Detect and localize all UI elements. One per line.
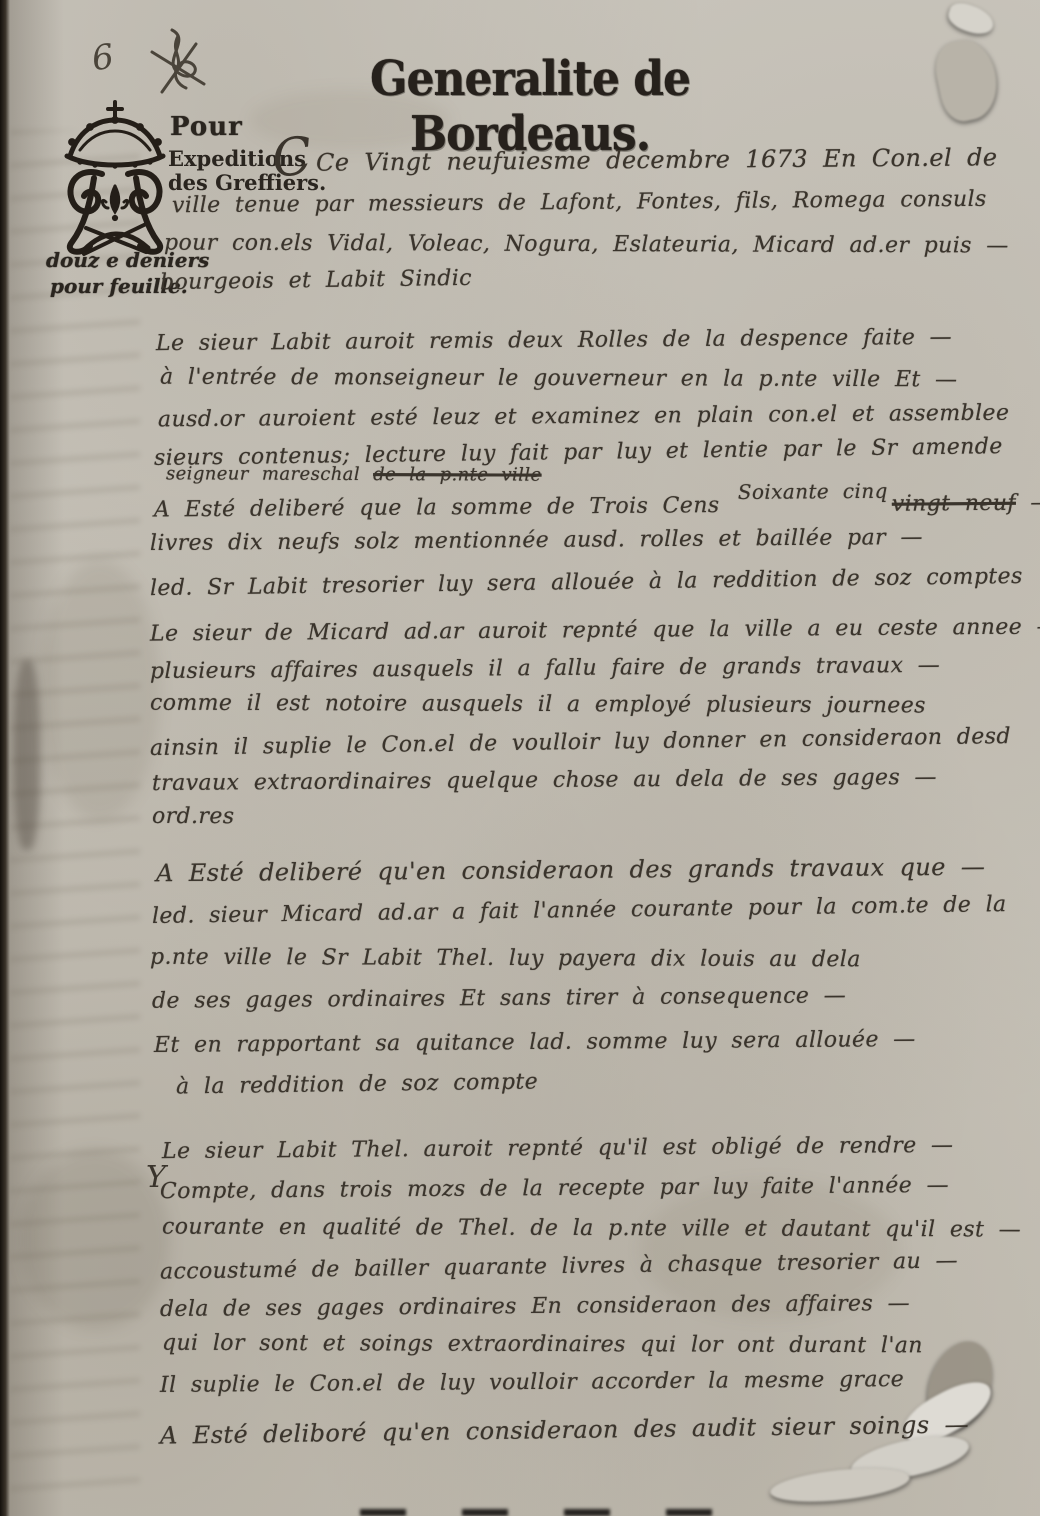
line-text: A Esté deliberé que la somme de Trois Ce… [154,493,734,523]
manuscript-line: courante en qualité de Thel. de la p.nte… [162,1217,1021,1242]
line-text: — [1016,490,1040,515]
ink-smudge [14,660,40,850]
paper-stain [40,560,160,820]
manuscript-line: bourgeois et Labit Sindic [160,268,472,294]
inserted-text: Soixante cinq [738,479,888,504]
manuscript-line: ord.res [152,806,235,828]
manuscript-line: à l'entrée de monseigneur le gouverneur … [160,367,958,392]
manuscript-line: comme il est notoire ausquels il a emplo… [150,693,926,718]
manuscript-line: Ce Vingt neufuiesme decembre 1673 En Con… [316,145,998,174]
manuscript-line: à la reddition de soz compte [176,1071,538,1098]
bottom-edge-specks [360,1509,720,1516]
stamp-caption-pour: Pour [170,112,243,142]
ink-flourish-mark [132,22,222,102]
manuscript-line: A Esté deliberé qu'en consideraon des gr… [156,855,985,886]
manuscript-line: Et en rapportant sa quitance lad. somme … [154,1029,916,1057]
opening-initial: C [269,126,315,190]
binding-gutter-shadow [0,0,10,1516]
manuscript-page-scan: Generalite de Bordeaus. 6 [0,0,1040,1516]
struck-text: vingt neuf [892,491,1016,517]
manuscript-line: p.nte ville le Sr Labit Thel. luy payera… [150,947,861,971]
manuscript-line: qui lor sont et soings extraordinaires q… [162,1333,923,1358]
struck-text: de la p.nte ville [373,464,542,486]
manuscript-line: de ses gages ordinaires Et sans tirer à … [152,985,846,1012]
manuscript-line: dela de ses gages ordinaires En consider… [160,1293,910,1321]
manuscript-line: Il suplie le Con.el de luy voulloir acco… [160,1369,904,1397]
manuscript-line: livres dix neufs solz mentionnée ausd. r… [150,527,923,555]
manuscript-line: pour con.els Vidal, Voleac, Nogura, Esla… [164,233,1009,258]
manuscript-interline-correction: seigneur mareschal de la p.nte ville [166,465,542,484]
crowned-royal-cipher-icon [50,100,180,265]
interline-text: seigneur mareschal [166,463,373,485]
